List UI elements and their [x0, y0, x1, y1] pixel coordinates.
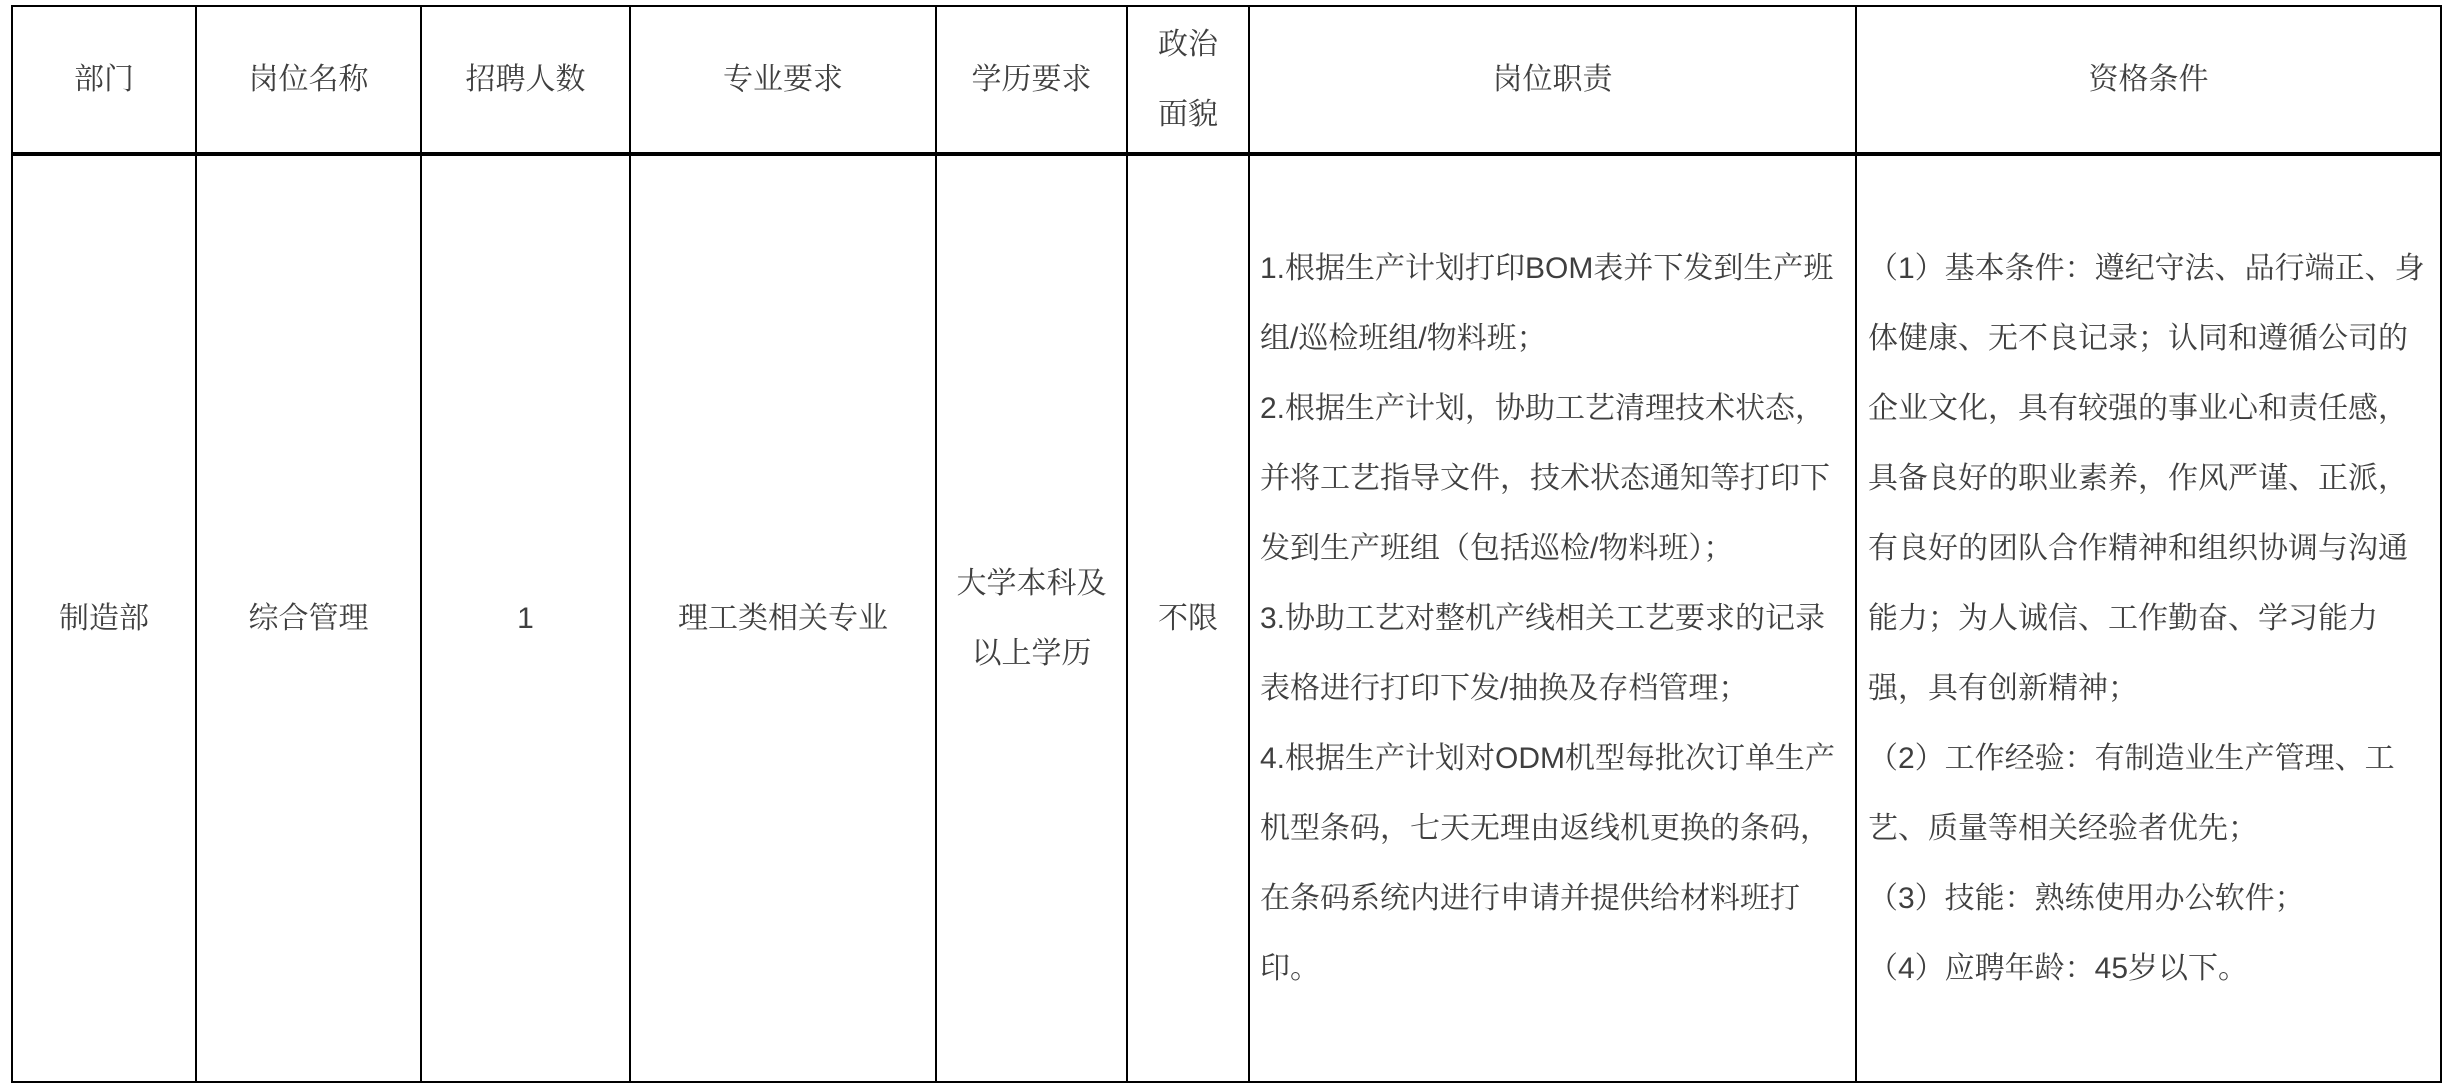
cell-education-line1: 大学本科及	[937, 549, 1126, 619]
recruitment-table: 部门 岗位名称 招聘人数 专业要求 学历要求 政治 面貌 岗位职责 资格条件 制…	[11, 5, 2442, 1083]
cell-education-requirement: 大学本科及 以上学历	[937, 156, 1128, 1081]
cell-department: 制造部	[13, 156, 197, 1081]
cell-education-lines: 大学本科及 以上学历	[937, 549, 1126, 689]
header-position-name: 岗位名称	[197, 7, 422, 152]
header-political-status-line1: 政治	[1128, 10, 1248, 80]
cell-political-status: 不限	[1128, 156, 1250, 1081]
duty-item-1: 1.根据生产计划打印BOM表并下发到生产班组/巡检班组/物料班；	[1260, 234, 1845, 374]
qualification-item-1: （1）基本条件：遵纪守法、品行端正、身体健康、无不良记录；认同和遵循公司的企业文…	[1868, 234, 2429, 724]
cell-job-duties: 1.根据生产计划打印BOM表并下发到生产班组/巡检班组/物料班； 2.根据生产计…	[1250, 156, 1857, 1081]
table-row: 制造部 综合管理 1 理工类相关专业 大学本科及 以上学历 不限 1.根据生产计…	[13, 156, 2440, 1081]
qualifications-text: （1）基本条件：遵纪守法、品行端正、身体健康、无不良记录；认同和遵循公司的企业文…	[1868, 234, 2429, 1004]
duty-item-2: 2.根据生产计划，协助工艺清理技术状态，并将工艺指导文件，技术状态通知等打印下发…	[1260, 374, 1845, 584]
header-department: 部门	[13, 7, 197, 152]
header-headcount: 招聘人数	[422, 7, 631, 152]
cell-qualifications: （1）基本条件：遵纪守法、品行端正、身体健康、无不良记录；认同和遵循公司的企业文…	[1857, 156, 2440, 1081]
header-political-status: 政治 面貌	[1128, 7, 1250, 152]
cell-position-name: 综合管理	[197, 156, 422, 1081]
header-qualifications: 资格条件	[1857, 7, 2440, 152]
duty-item-3: 3.协助工艺对整机产线相关工艺要求的记录表格进行打印下发/抽换及存档管理；	[1260, 584, 1845, 724]
job-duties-text: 1.根据生产计划打印BOM表并下发到生产班组/巡检班组/物料班； 2.根据生产计…	[1260, 234, 1845, 1004]
header-political-status-line2: 面貌	[1128, 80, 1248, 150]
header-job-duties: 岗位职责	[1250, 7, 1857, 152]
header-major-requirement: 专业要求	[631, 7, 937, 152]
cell-headcount: 1	[422, 156, 631, 1081]
duty-item-4: 4.根据生产计划对ODM机型每批次订单生产机型条码，七天无理由返线机更换的条码，…	[1260, 724, 1845, 1004]
qualification-item-3: （3）技能：熟练使用办公软件；	[1868, 864, 2429, 934]
qualification-item-2: （2）工作经验：有制造业生产管理、工艺、质量等相关经验者优先；	[1868, 724, 2429, 864]
header-political-status-lines: 政治 面貌	[1128, 10, 1248, 150]
header-row: 部门 岗位名称 招聘人数 专业要求 学历要求 政治 面貌 岗位职责 资格条件	[13, 7, 2440, 156]
cell-major-requirement: 理工类相关专业	[631, 156, 937, 1081]
cell-education-line2: 以上学历	[937, 619, 1126, 689]
header-education-requirement: 学历要求	[937, 7, 1128, 152]
qualification-item-4: （4）应聘年龄：45岁以下。	[1868, 934, 2429, 1004]
